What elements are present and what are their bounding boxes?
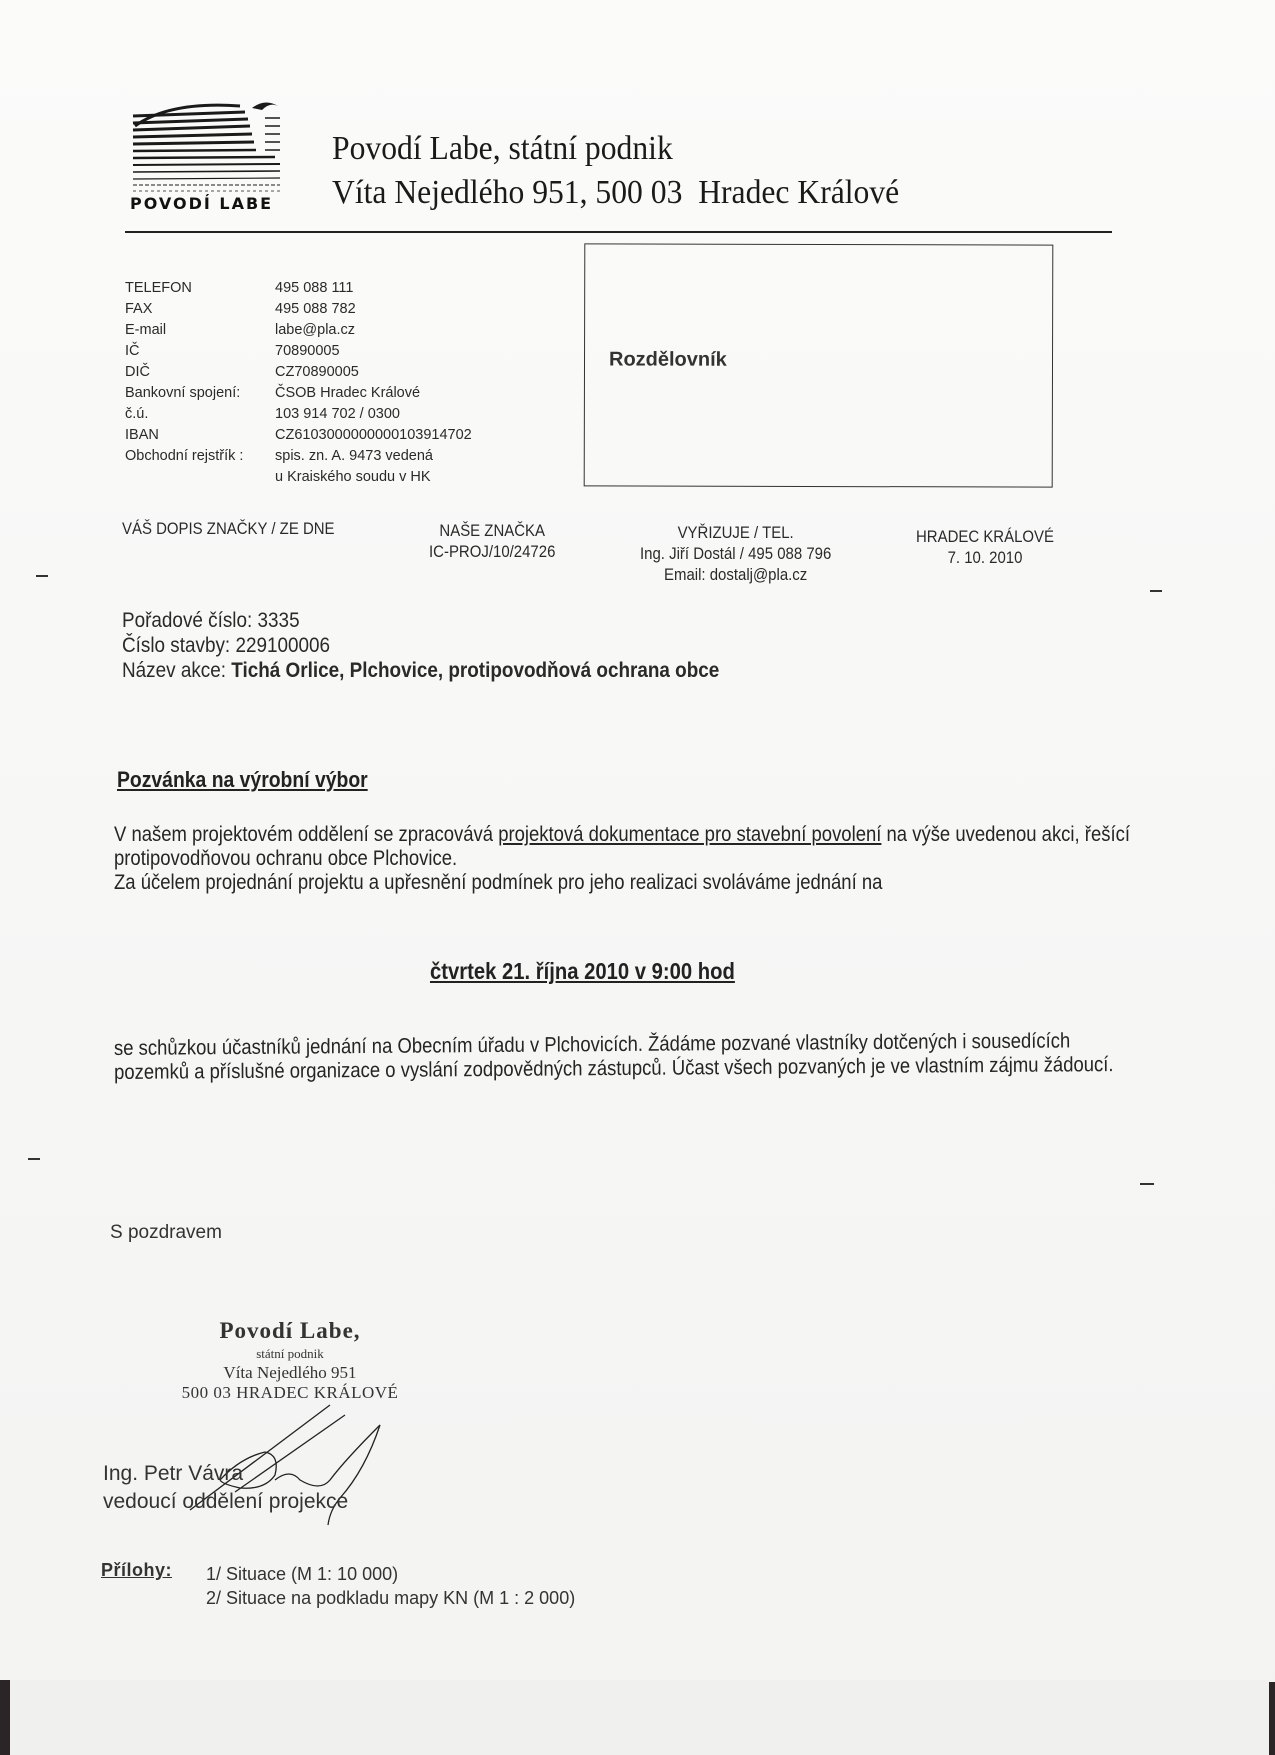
contact-value: ČSOB Hradec Králové: [275, 383, 420, 404]
contact-label: E-mail: [125, 320, 275, 341]
recipient-address-box: Rozdělovník: [584, 243, 1054, 487]
contact-value: 70890005: [275, 341, 340, 362]
contact-label: DIČ: [125, 362, 275, 383]
handled-by-email: Email: dostalj@pla.cz: [640, 564, 831, 585]
contact-row-iban: IBAN CZ6103000000000103914702: [125, 425, 472, 446]
our-ref-label: NAŠE ZNAČKA: [429, 520, 555, 541]
contact-row-dic: DIČ CZ70890005: [125, 362, 472, 383]
contact-label: IBAN: [125, 425, 275, 446]
contact-label: IČ: [125, 341, 275, 362]
contact-value: CZ70890005: [275, 362, 359, 383]
building-number-label: Číslo stavby:: [122, 634, 230, 657]
handled-by: VYŘIZUJE / TEL. Ing. Jiří Dostál / 495 0…: [640, 522, 831, 585]
contact-row-account: č.ú. 103 914 702 / 0300: [125, 404, 472, 425]
punch-mark: [1140, 1183, 1154, 1185]
paragraph-meeting-details: se schůzkou účastníků jednání na Obecním…: [114, 1029, 1135, 1085]
contact-value: CZ6103000000000103914702: [275, 425, 472, 446]
our-ref: NAŠE ZNAČKA IC-PROJ/10/24726: [429, 520, 555, 562]
letter-subject: Pozvánka na výrobní výbor: [117, 767, 368, 793]
logo-wordmark: POVODÍ LABE: [130, 194, 273, 213]
intro-underlined-text: projektová dokumentace pro stavební povo…: [498, 823, 881, 846]
attachment-item: 1/ Situace (M 1: 10 000): [206, 1562, 575, 1586]
contact-details: TELEFON 495 088 111 FAX 495 088 782 E-ma…: [125, 278, 472, 488]
contact-label: [125, 467, 275, 488]
your-letter-label: VÁŠ DOPIS ZNAČKY / ZE DNE: [122, 518, 335, 539]
intro-text-line3: Za účelem projednání projektu a upřesněn…: [114, 871, 882, 894]
project-name-line: Název akce: Tichá Orlice, Plchovice, pro…: [122, 658, 719, 683]
meeting-date: čtvrtek 21. října 2010 v 9:00 hod: [430, 958, 735, 985]
organization-address: Víta Nejedlého 951, 500 03 Hradec Králov…: [332, 174, 899, 212]
stamp-name: Povodí Labe,: [140, 1318, 440, 1344]
contact-label: č.ú.: [125, 404, 275, 425]
our-ref-value: IC-PROJ/10/24726: [429, 541, 555, 562]
contact-row-ic: IČ 70890005: [125, 341, 472, 362]
contact-label: Obchodní rejstřík :: [125, 446, 275, 467]
contact-value: 495 088 111: [275, 278, 353, 299]
building-number-value: 229100006: [235, 634, 330, 657]
greeting: S pozdravem: [110, 1222, 222, 1244]
project-name-value: Tichá Orlice, Plchovice, protipovodňová …: [231, 659, 719, 682]
organization-name: Povodí Labe, státní podnik: [332, 130, 673, 168]
attachments-list: 1/ Situace (M 1: 10 000) 2/ Situace na p…: [206, 1562, 575, 1610]
building-number-line: Číslo stavby: 229100006: [122, 633, 719, 658]
contact-row-email: E-mail labe@pla.cz: [125, 320, 472, 341]
handled-by-value: Ing. Jiří Dostál / 495 088 796: [640, 543, 831, 564]
contact-row-bank: Bankovní spojení: ČSOB Hradec Králové: [125, 383, 472, 404]
place-date: HRADEC KRÁLOVÉ 7. 10. 2010: [916, 526, 1054, 568]
contact-row-register-cont: u Kraiského soudu v HK: [125, 467, 472, 488]
order-number-line: Pořadové číslo: 3335: [122, 608, 719, 633]
contact-row-phone: TELEFON 495 088 111: [125, 278, 472, 299]
recipient-label: Rozdělovník: [609, 348, 727, 371]
paragraph-intro: V našem projektovém oddělení se zpracová…: [114, 823, 1135, 895]
place-label: HRADEC KRÁLOVÉ: [916, 526, 1054, 547]
contact-value: u Kraiského soudu v HK: [275, 467, 431, 488]
handled-by-label: VYŘIZUJE / TEL.: [640, 522, 831, 543]
contact-value: 103 914 702 / 0300: [275, 404, 400, 425]
contact-label: FAX: [125, 299, 275, 320]
order-number-label: Pořadové číslo:: [122, 609, 252, 632]
your-letter-ref: VÁŠ DOPIS ZNAČKY / ZE DNE: [122, 518, 335, 539]
contact-value: 495 088 782: [275, 299, 356, 320]
attachment-item: 2/ Situace na podkladu mapy KN (M 1 : 2 …: [206, 1586, 575, 1610]
signer-name: Ing. Petr Vávra: [103, 1462, 243, 1486]
intro-text-start: V našem projektovém oddělení se zpracová…: [114, 823, 498, 846]
signer-title: vedoucí oddělení projekce: [103, 1490, 348, 1514]
punch-mark: [28, 1158, 40, 1160]
letter-date: 7. 10. 2010: [916, 547, 1054, 568]
stamp-subtitle: státní podnik: [140, 1346, 440, 1362]
punch-mark: [1150, 590, 1162, 592]
contact-label: TELEFON: [125, 278, 275, 299]
contact-value: labe@pla.cz: [275, 320, 355, 341]
scan-edge-right: [1269, 1682, 1275, 1755]
contact-row-register: Obchodní rejstřík : spis. zn. A. 9473 ve…: [125, 446, 472, 467]
header-divider: [125, 231, 1112, 233]
order-number-value: 3335: [258, 609, 300, 632]
letter-page: POVODÍ LABE Povodí Labe, státní podnik V…: [0, 0, 1275, 1755]
scan-edge-left: [0, 1680, 10, 1755]
scan-bottom-area: [10, 1680, 1269, 1755]
contact-value: spis. zn. A. 9473 vedená: [275, 446, 433, 467]
project-name-label: Název akce:: [122, 659, 226, 682]
punch-mark: [36, 575, 48, 577]
contact-label: Bankovní spojení:: [125, 383, 275, 404]
project-info: Pořadové číslo: 3335 Číslo stavby: 22910…: [122, 608, 719, 683]
attachments-label: Přílohy:: [101, 1560, 172, 1581]
contact-row-fax: FAX 495 088 782: [125, 299, 472, 320]
